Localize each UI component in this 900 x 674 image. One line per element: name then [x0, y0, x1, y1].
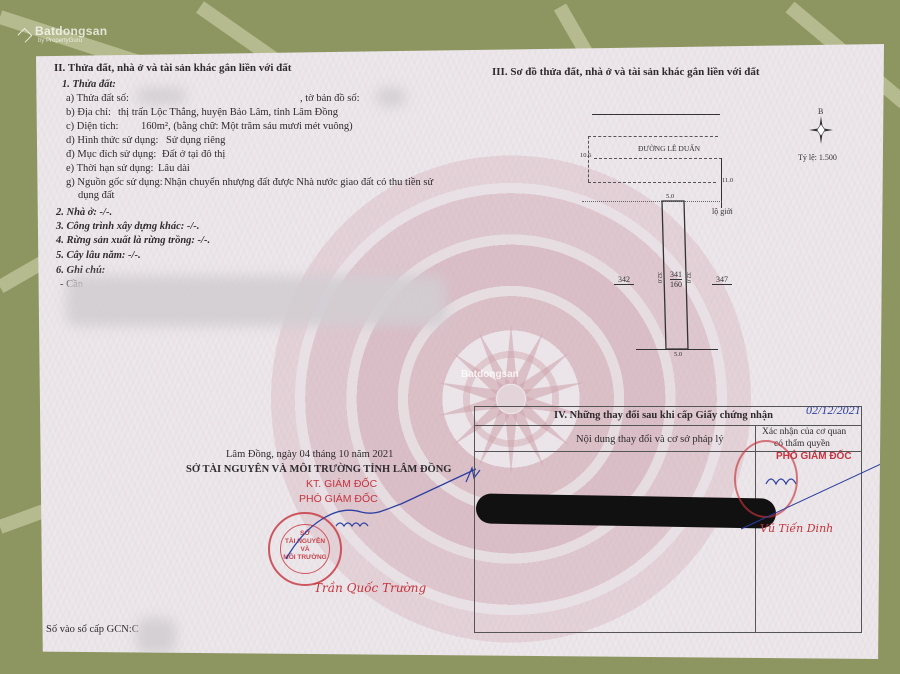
usage-form-value: Sử dụng riêng	[166, 134, 225, 147]
area-label: c) Diện tích:	[66, 120, 118, 133]
plot-bottom-line	[636, 349, 718, 350]
signer-name: Trần Quốc Trường	[314, 581, 426, 595]
center-watermark: Batdongsan	[461, 369, 519, 380]
usage-term-label: e) Thời hạn sử dụng:	[66, 162, 153, 175]
redacted-land-number	[136, 88, 186, 104]
batdongsan-watermark: Batdongsan by PropertyGuru	[18, 22, 107, 44]
confirm-signature	[736, 444, 886, 534]
north-arrow-icon: B	[806, 106, 836, 150]
issue-date: Lâm Đồng, ngày 04 tháng 10 năm 2021	[226, 448, 393, 461]
redacted-notes	[66, 276, 446, 326]
perennial-tree-item: 5. Cây lâu năm: -/-.	[56, 249, 141, 262]
plot-bottom-dim: 5.0	[674, 351, 682, 358]
boundary-label: lộ giới	[712, 207, 733, 216]
road-dashed-left	[588, 136, 589, 182]
plot-top-dim: 5.0	[666, 193, 674, 200]
redacted-register-number	[136, 618, 176, 654]
road-width-left: 10.6	[580, 152, 591, 159]
section-4-title: IV. Những thay đổi sau khi cấp Giấy chứn…	[554, 409, 773, 422]
register-number-label: Số vào sổ cấp GCN:C	[46, 623, 139, 636]
neighbor-plot-right: 347	[712, 275, 732, 285]
origin-value-cont: dụng đất	[78, 189, 114, 202]
neighbor-plot-left: 342	[614, 275, 634, 285]
road-edge-line	[592, 114, 720, 115]
redacted-change-content	[476, 493, 776, 528]
usage-form-label: d) Hình thức sử dụng:	[66, 134, 158, 147]
other-construction-item: 3. Công trình xây dựng khác: -/-.	[56, 220, 199, 233]
land-heading: 1. Thửa đất:	[62, 78, 116, 91]
address-value: thị trấn Lộc Thắng, huyện Bảo Lâm, tỉnh …	[118, 106, 338, 119]
road-width-right: 11.0	[722, 177, 733, 184]
col-change-content: Nội dung thay đổi và cơ sở pháp lý	[576, 433, 724, 446]
land-certificate-page: Batdongsan II. Thửa đất, nhà ở và tài sả…	[36, 44, 884, 659]
section-3-title: III. Sơ đồ thửa đất, nhà ở và tài sản kh…	[492, 66, 760, 79]
redacted-map-sheet	[376, 88, 406, 106]
plot-area: 160	[670, 280, 682, 289]
road-name: ĐƯỜNG LÊ DUẨN	[638, 144, 700, 153]
map-sheet-label: , tờ bản đồ số:	[300, 92, 360, 105]
road-dashed-mid	[594, 158, 722, 159]
confirm-signer: Vũ Tiến Dinh	[760, 522, 833, 535]
usage-purpose-label: đ) Mục đích sử dụng:	[66, 148, 156, 161]
house-logo-icon	[17, 28, 32, 43]
origin-label: g) Nguồn gốc sử dụng:	[66, 176, 163, 189]
address-label: b) Địa chỉ:	[66, 106, 111, 119]
usage-term-value: Lâu dài	[158, 162, 190, 175]
usage-purpose-value: Đất ở tại đô thị	[162, 148, 225, 161]
plot-left-dim: 32.0	[656, 272, 663, 283]
section-2-title: II. Thửa đất, nhà ở và tài sản khác gắn …	[54, 62, 291, 75]
map-scale: Tỷ lệ: 1.500	[798, 153, 837, 162]
plot-number: 341	[670, 270, 682, 280]
boundary-line	[582, 201, 722, 202]
svg-text:B: B	[818, 107, 823, 116]
plot-right-dim: 32.0	[685, 272, 692, 283]
area-value: 160m², (bằng chữ: Một trăm sáu mươi mét …	[141, 120, 353, 133]
origin-value: Nhận chuyển nhượng đất được Nhà nước gia…	[164, 176, 433, 189]
house-item: 2. Nhà ở: -/-.	[56, 206, 112, 219]
handwritten-date: 02/12/2021	[806, 404, 861, 417]
road-dashed-bottom	[588, 182, 716, 183]
director-signature	[276, 464, 496, 574]
production-forest-item: 4. Rừng sản xuất là rừng trồng: -/-.	[56, 234, 210, 247]
road-dashed-top	[588, 136, 718, 137]
land-number-label: a) Thửa đất số:	[66, 92, 129, 105]
